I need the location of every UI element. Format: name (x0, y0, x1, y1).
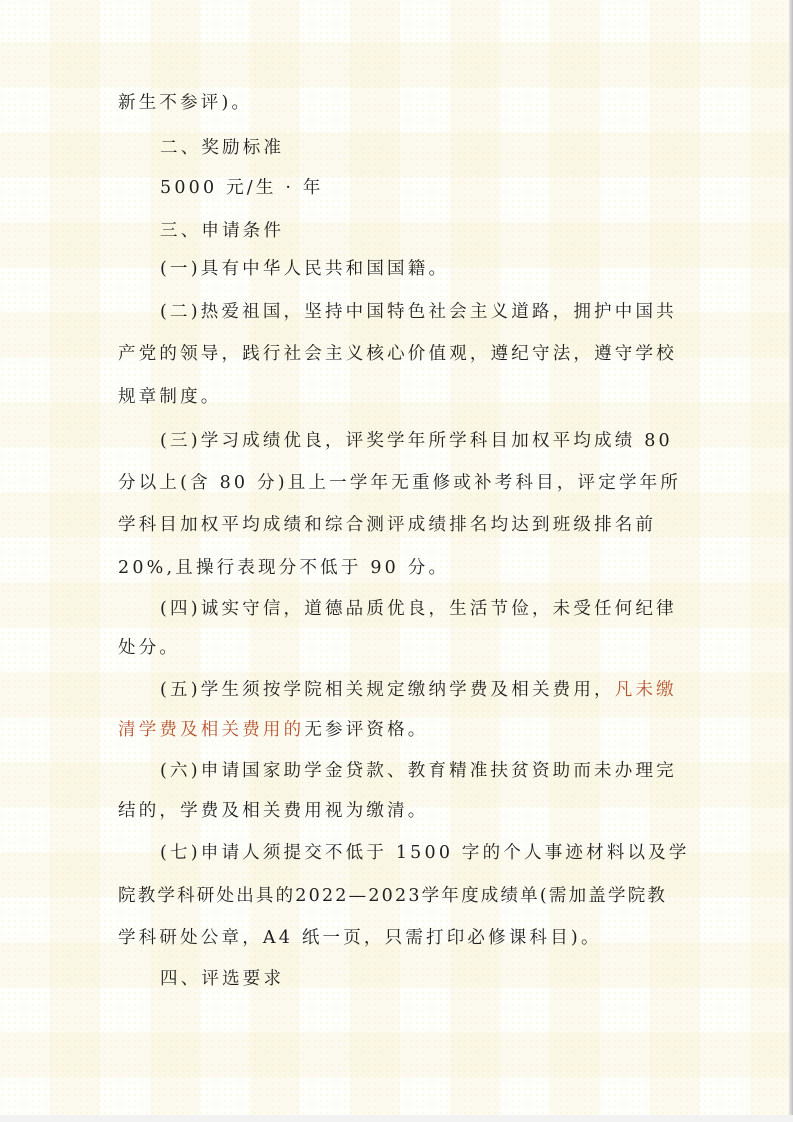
paragraph-line: 新生不参评)。 (118, 92, 252, 114)
condition-2-line-1: (二)热爱祖国，坚持中国特色社会主义道路，拥护中国共 (160, 301, 677, 323)
section-heading-application-conditions: 三、申请条件 (160, 220, 284, 242)
condition-2-line-2: 产党的领导，践行社会主义核心价值观，遵纪守法，遵守学校 (118, 343, 677, 365)
condition-6-line-2: 结的，学费及相关费用视为缴清。 (118, 800, 429, 822)
condition-4-line-2: 处分。 (118, 637, 180, 659)
condition-3-line-4: 20%,且操行表现分不低于 90 分。 (118, 557, 449, 579)
condition-5-text: 无参评资格。 (304, 720, 428, 740)
document-page: 新生不参评)。 二、奖励标准 5000 元/生 · 年 三、申请条件 (一)具有… (0, 0, 793, 1122)
section-heading-selection-requirements: 四、评选要求 (160, 968, 284, 990)
condition-7-line-1: (七)申请人须提交不低于 1500 字的个人事迹材料以及学 (160, 842, 690, 864)
reward-amount: 5000 元/生 · 年 (160, 177, 324, 199)
condition-6-line-1: (六)申请国家助学金贷款、教育精准扶贫资助而未办理完 (160, 760, 677, 782)
highlighted-text: 清学费及相关费用的 (118, 720, 304, 740)
condition-5-text: (五)学生须按学院相关规定缴纳学费及相关费用， (160, 680, 615, 700)
condition-7-line-3: 学科研处公章，A4 纸一页，只需打印必修课科目)。 (118, 927, 602, 949)
condition-4-line-1: (四)诚实守信，道德品质优良，生活节俭，未受任何纪律 (160, 598, 677, 620)
condition-2-line-3: 规章制度。 (118, 386, 222, 408)
condition-7-line-2: 院教学科研处出具的2022—2023学年度成绩单(需加盖学院教 (118, 885, 667, 907)
condition-1: (一)具有中华人民共和国国籍。 (160, 258, 449, 280)
condition-5-line-2: 清学费及相关费用的无参评资格。 (118, 719, 429, 741)
condition-3-line-2: 分以上(含 80 分)且上一学年无重修或补考科目，评定学年所 (118, 472, 681, 494)
condition-5-line-1: (五)学生须按学院相关规定缴纳学费及相关费用，凡未缴 (160, 679, 677, 701)
condition-3-line-1: (三)学习成绩优良，评奖学年所学科目加权平均成绩 80 (160, 430, 673, 452)
highlighted-text: 凡未缴 (615, 680, 677, 700)
condition-3-line-3: 学科目加权平均成绩和综合测评成绩排名均达到班级排名前 (118, 514, 656, 536)
section-heading-reward-standard: 二、奖励标准 (160, 137, 284, 159)
